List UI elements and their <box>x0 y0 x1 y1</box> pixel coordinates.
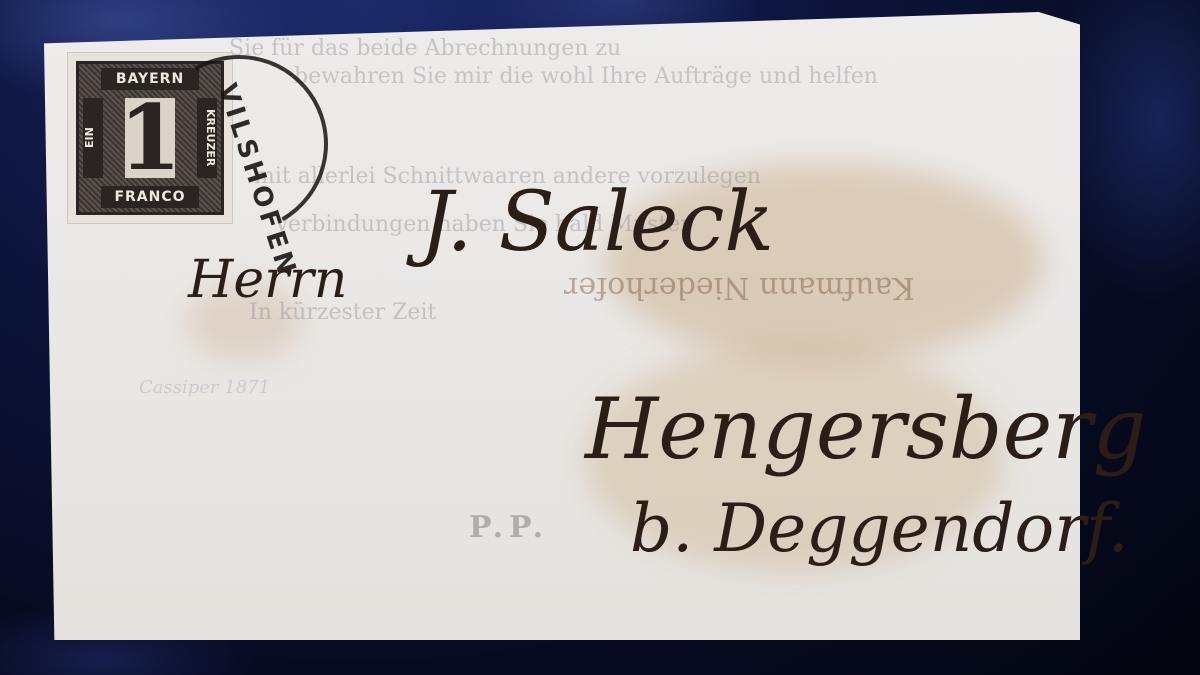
address-salutation: Herrn <box>188 250 347 310</box>
printed-pp-mark: P.P. <box>469 510 549 545</box>
address-recipient: J. Saleck <box>420 175 774 270</box>
address-district: b. Deggendorf. <box>630 490 1129 567</box>
show-through-text: Sie für das beide Abrechnungen zu <box>229 36 621 61</box>
stamp-left-text: EIN <box>83 98 103 178</box>
show-through-handwriting: Kaufmann Niederhofer <box>564 270 915 305</box>
address-town: Hengersberg <box>585 380 1146 478</box>
show-through-text: bewahren Sie mir die wohl Ihre Aufträge … <box>294 64 878 89</box>
pencil-note: Cassiper 1871 <box>139 377 270 398</box>
